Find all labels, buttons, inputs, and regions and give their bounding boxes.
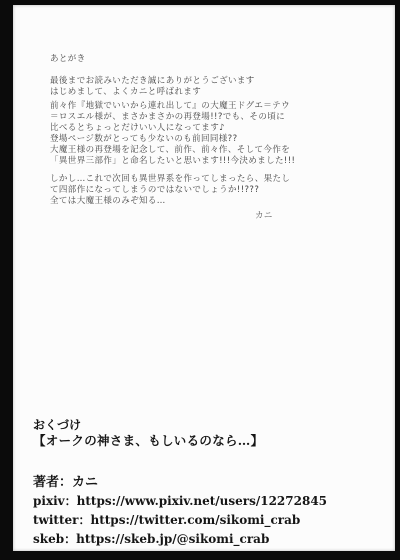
author-line: 著者：カニ bbox=[33, 473, 327, 492]
book-title: 【オークの神さま、もしいるのなら…】 bbox=[33, 433, 327, 449]
afterword-signature: カニ bbox=[255, 211, 365, 222]
author-label: 著者 bbox=[33, 475, 59, 490]
afterword-line: 登場ページ数がとっても少ないのも前回同様?? bbox=[50, 134, 365, 145]
colon-separator: ： bbox=[78, 513, 90, 527]
afterword-line: 大魔王様の再登場を記念して、前作、前々作、そして今作を bbox=[50, 145, 365, 156]
colon-separator: ： bbox=[64, 532, 76, 546]
afterword-section: あとがき 最後までお読みいただき誠にありがとうございます はじめまして、よくカニ… bbox=[50, 54, 365, 222]
colon-separator: ： bbox=[65, 494, 77, 508]
book-page: あとがき 最後までお読みいただき誠にありがとうございます はじめまして、よくカニ… bbox=[13, 5, 395, 551]
afterword-line: 全ては大魔王様のみぞ知る… bbox=[50, 196, 365, 207]
twitter-url: https://twitter.com/sikomi_crab bbox=[91, 513, 301, 527]
link-line-twitter: twitter：https://twitter.com/sikomi_crab bbox=[33, 511, 327, 530]
afterword-line: ＝ロスエル様が、まさかまさかの再登場!!?でも、その頃に bbox=[50, 112, 365, 123]
afterword-line: 「異世界三部作」と命名したいと思います!!!今決めました!!! bbox=[50, 156, 365, 167]
skeb-url: https://skeb.jp/@sikomi_crab bbox=[76, 532, 269, 546]
colophon-label: おくづけ bbox=[33, 417, 327, 433]
skeb-label: skeb bbox=[33, 532, 64, 546]
pixiv-label: pixiv bbox=[33, 494, 65, 508]
twitter-label: twitter bbox=[33, 513, 78, 527]
afterword-line: しかし…これで次回も異世界系を作ってしまったら、果たし bbox=[50, 174, 365, 185]
afterword-line: はじめまして、よくカニと呼ばれます bbox=[50, 87, 365, 98]
afterword-paragraph-3: しかし…これで次回も異世界系を作ってしまったら、果たし て四部作になってしまうの… bbox=[50, 174, 365, 207]
afterword-title: あとがき bbox=[50, 54, 365, 65]
link-line-skeb: skeb：https://skeb.jp/@sikomi_crab bbox=[33, 530, 327, 549]
link-line-pixiv: pixiv：https://www.pixiv.net/users/122728… bbox=[33, 492, 327, 511]
colon-separator: ： bbox=[59, 475, 72, 490]
afterword-line: 比べるとちょっとだけいい人になってます♪ bbox=[50, 123, 365, 134]
colophon-section: おくづけ 【オークの神さま、もしいるのなら…】 著者：カニ pixiv：http… bbox=[33, 417, 327, 549]
afterword-paragraph-1: 最後までお読みいただき誠にありがとうございます はじめまして、よくカニと呼ばれま… bbox=[50, 76, 365, 98]
afterword-line: 最後までお読みいただき誠にありがとうございます bbox=[50, 76, 365, 87]
pixiv-url: https://www.pixiv.net/users/12272845 bbox=[77, 494, 327, 508]
afterword-line: 前々作『地獄でいいから連れ出して』の大魔王ドグエ＝テウ bbox=[50, 101, 365, 112]
afterword-line: て四部作になってしまうのではないでしょうか!!??? bbox=[50, 185, 365, 196]
afterword-paragraph-2: 前々作『地獄でいいから連れ出して』の大魔王ドグエ＝テウ ＝ロスエル様が、まさかま… bbox=[50, 101, 365, 167]
author-name: カニ bbox=[72, 475, 98, 490]
